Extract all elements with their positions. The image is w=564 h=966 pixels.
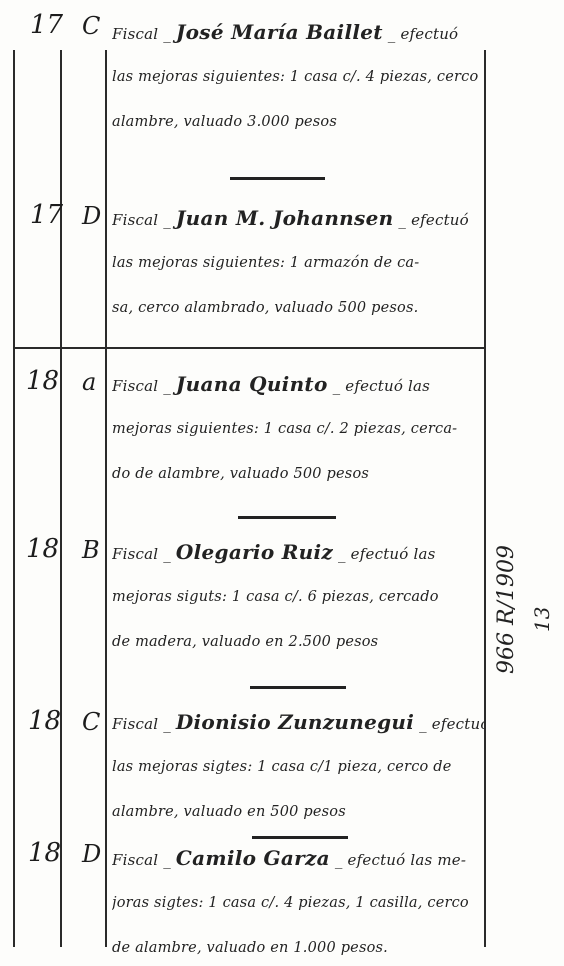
lot-number: 17 [30,10,63,40]
entry-separator [238,516,336,519]
entry-separator [230,177,325,180]
lot-number: 18 [28,706,61,736]
lot-letter: B [82,536,100,564]
entry-prefix: Fiscal _ [112,377,171,395]
lot-letter: C [82,12,100,40]
entry-line: do de alambre, valuado 500 pesos [112,452,484,497]
entry-line: las mejoras siguientes: 1 armazón de ca- [112,241,484,286]
entry-suffix: _ efectuó [419,715,484,733]
column-line-left [13,50,15,947]
entry-line: mejoras siguientes: 1 casa c/. 2 piezas,… [112,407,484,452]
entry-prefix: Fiscal _ [112,211,171,229]
lot-number: 18 [28,838,61,868]
entry-suffix: _ efectuó las me- [335,851,466,869]
entry-text: Fiscal _ Olegario Ruiz _ efectuó las mej… [112,530,484,665]
entry-prefix: Fiscal _ [112,545,171,563]
ledger-page: 17 C Fiscal _ José María Baillet _ efect… [0,0,564,966]
entry-suffix: _ efectuó [398,211,469,229]
lot-number: 18 [26,534,59,564]
entry-line: sa, cerco alambrado, valuado 500 pesos. [112,286,484,331]
margin-annotation: 966 R/1909 13 [490,502,560,672]
entry-separator [250,686,346,689]
entry-line: de alambre, valuado en 1.000 pesos. [112,926,484,966]
entry-text: Fiscal _ José María Baillet _ efectuó la… [112,10,484,145]
lot-number: 17 [30,200,63,230]
entry-text: Fiscal _ Juan M. Johannsen _ efectuó las… [112,196,484,331]
entry-line: alambre, valuado en 500 pesos [112,790,484,835]
entry-suffix: _ efectuó [388,25,459,43]
entry-line: alambre, valuado 3.000 pesos [112,100,484,145]
entry-text: Fiscal _ Juana Quinto _ efectuó las mejo… [112,362,484,497]
entry-name: Juana Quinto [176,372,328,396]
entry-name: José María Baillet [176,20,383,44]
entry-text: Fiscal _ Dionisio Zunzunegui _ efectuó l… [112,700,484,835]
entry-line: las mejoras siguientes: 1 casa c/. 4 pie… [112,55,484,100]
margin-annotation-text: 966 R/1909 [494,545,519,674]
entry-suffix: _ efectuó las [333,377,431,395]
entry-name: Olegario Ruiz [176,540,333,564]
entry-name: Dionisio Zunzunegui [176,710,414,734]
entry-line: las mejoras sigtes: 1 casa c/1 pieza, ce… [112,745,484,790]
lot-letter: a [82,368,96,396]
section-rule [14,347,485,349]
entry-prefix: Fiscal _ [112,851,171,869]
lot-number: 18 [26,366,59,396]
entry-prefix: Fiscal _ [112,715,171,733]
lot-letter: D [82,840,101,868]
lot-letter: D [82,202,101,230]
column-line-right [484,50,486,947]
margin-annotation-sub: 13 [530,607,554,632]
entry-line: mejoras siguts: 1 casa c/. 6 piezas, cer… [112,575,484,620]
entry-line: joras sigtes: 1 casa c/. 4 piezas, 1 cas… [112,881,484,926]
column-line-number [60,50,62,947]
entry-line: de madera, valuado en 2.500 pesos [112,620,484,665]
entry-text: Fiscal _ Camilo Garza _ efectuó las me- … [112,836,484,966]
column-line-letter [105,50,107,947]
entry-prefix: Fiscal _ [112,25,171,43]
entry-name: Camilo Garza [176,846,330,870]
entry-name: Juan M. Johannsen [176,206,394,230]
lot-letter: C [82,708,100,736]
entry-suffix: _ efectuó las [338,545,436,563]
